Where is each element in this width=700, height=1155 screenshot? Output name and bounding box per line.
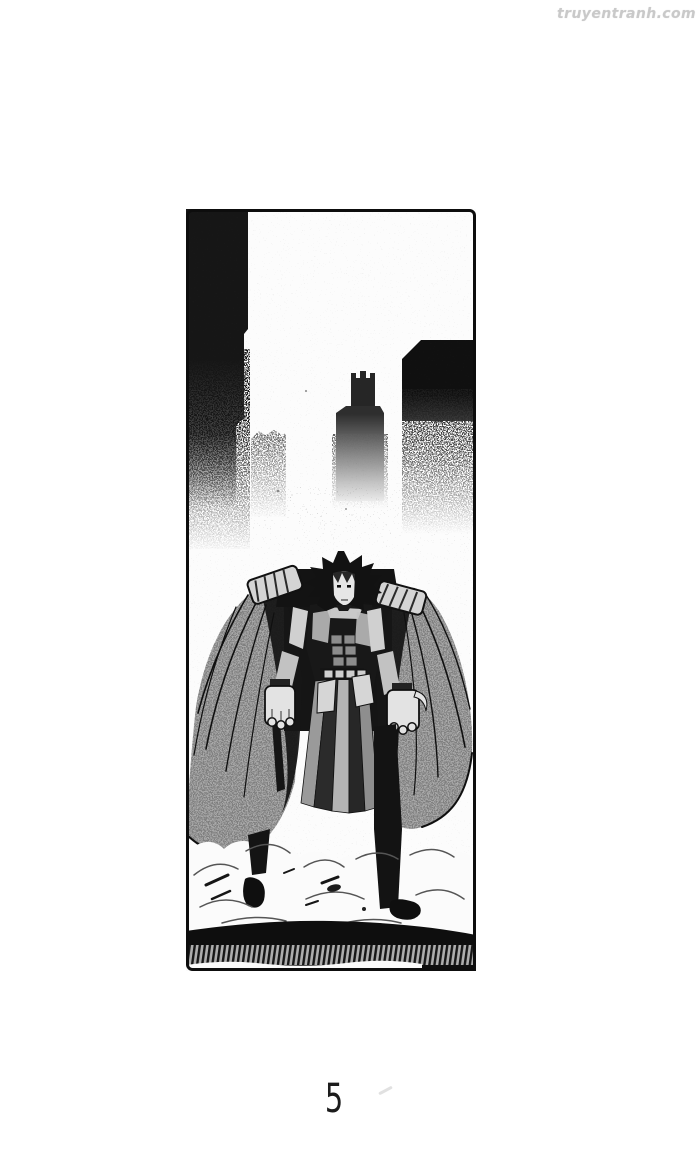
site-watermark: truyentranh.com xyxy=(557,6,696,22)
rooftop-ledge xyxy=(186,921,476,971)
scan-artifact xyxy=(378,1086,393,1096)
page-number: 5 xyxy=(305,1076,363,1122)
warrior-left-fist xyxy=(265,679,295,729)
manga-page: truyentranh.com xyxy=(0,0,700,1155)
manga-panel-artwork xyxy=(186,209,476,971)
manga-panel xyxy=(186,209,476,971)
